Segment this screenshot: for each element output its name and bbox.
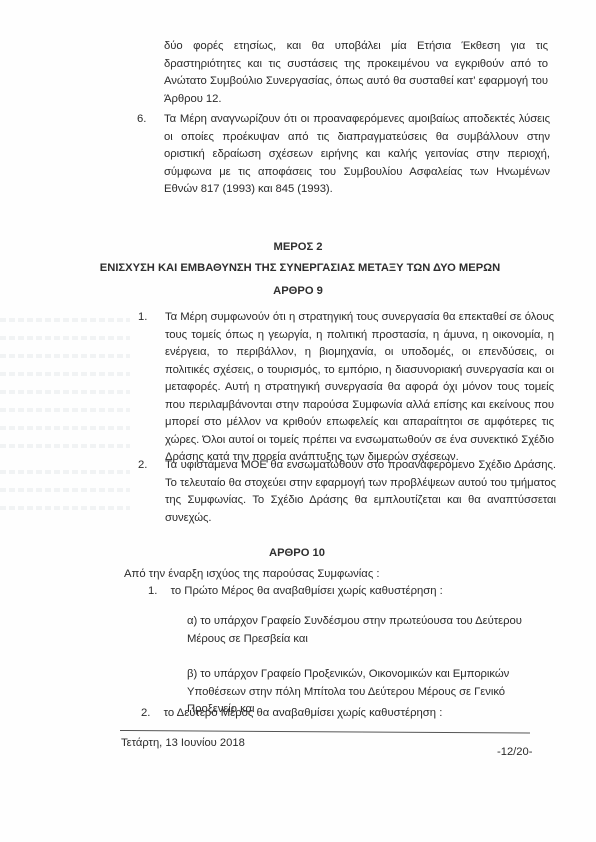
bleed-through-mark [0,426,130,430]
item-text: Τα Μέρη αναγνωρίζουν ότι οι προαναφερόμε… [164,113,550,195]
item-number: 1. [148,585,157,597]
bleed-through-mark [0,488,130,492]
item-text: Τα υφιστάμενα ΜΟΕ θα ενσωματωθούν στο πρ… [165,459,556,524]
article-9-item-2: 2. Τα υφιστάμενα ΜΟΕ θα ενσωματωθούν στο… [165,457,556,527]
item-text: το Πρώτο Μέρος θα αναβαθμίσει χωρίς καθυ… [171,585,443,597]
footer-date: Τετάρτη, 13 Ιουνίου 2018 [121,737,245,749]
bleed-through-mark [0,390,130,394]
article-10-item-2: 2. το Δεύτερο Μέρος θα αναβαθμίσει χωρίς… [141,705,442,722]
part-heading: ΜΕΡΟΣ 2 [0,241,596,253]
item-text: Τα Μέρη συμφωνούν ότι η στρατηγική τους … [165,311,554,463]
bleed-through-mark [0,372,130,376]
item-text: το Δεύτερο Μέρος θα αναβαθμίσει χωρίς κα… [164,707,443,719]
article-9-heading: ΑΡΘΡΟ 9 [0,285,596,297]
continuation-paragraph: δύο φορές ετησίως, και θα υποβάλει μία Ε… [164,38,548,108]
item-number: 6. [137,111,146,129]
item-number: 2. [141,707,150,719]
bleed-through-mark [0,506,130,510]
bleed-through-mark [0,318,130,322]
bleed-through-mark [0,354,130,358]
article-10-sub-a: α) το υπάρχον Γραφείο Συνδέσμου στην πρω… [187,613,539,648]
article-10-item-1: 1. το Πρώτο Μέρος θα αναβαθμίσει χωρίς κ… [148,583,443,600]
article-10-heading: ΑΡΘΡΟ 10 [12,547,582,559]
bleed-through-mark [0,336,130,340]
page-number: -12/20- [497,746,532,758]
item-6: 6. Τα Μέρη αναγνωρίζουν ότι οι προαναφερ… [164,111,550,199]
bleed-through-mark [0,470,130,474]
item-number: 2. [138,457,147,475]
article-10-intro: Από την έναρξη ισχύος της παρούσας Συμφω… [124,566,380,583]
part-title: ΕΝΙΣΧΥΣΗ ΚΑΙ ΕΜΒΑΘΥΝΣΗ ΤΗΣ ΣΥΝΕΡΓΑΣΙΑΣ Μ… [2,262,596,274]
bleed-through-mark [0,408,130,412]
bleed-through-mark [0,444,130,448]
article-9-item-1: 1. Τα Μέρη συμφωνούν ότι η στρατηγική το… [165,309,554,467]
item-number: 1. [138,309,147,327]
footer-divider [120,730,530,734]
document-page: δύο φορές ετησίως, και θα υποβάλει μία Ε… [0,0,596,842]
